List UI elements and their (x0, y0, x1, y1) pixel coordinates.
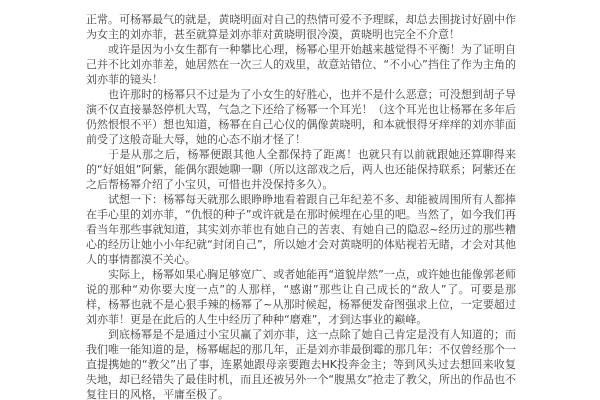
document-page: 正常。可杨幂最气的就是，黄晓明面对自己的热情可爱不予理睬，却总去围拢讨好剧中作为… (0, 0, 600, 400)
article-paragraph: 到底杨幂是不是通过小宝贝赢了刘亦菲，这一点除了她自己肯定是没有人知道的；而我们唯… (86, 327, 516, 400)
article-paragraph: 于是从那之后，杨幂便跟其他人全都保持了距离！也就只有以前就跟她还算聊得来的“好姐… (86, 147, 516, 192)
article-paragraph: 也许那时的杨幂只不过是为了小女生的好胜心，也并不是什么恶意；可没想到胡子导演不仅… (86, 87, 516, 147)
article-paragraph: 实际上，杨幂如果心胸足够宽广、或者她能再“道貌岸然”一点，或许她也能像郭老师说的… (86, 267, 516, 327)
article-paragraph: 或许是因为小女生都有一种攀比心理，杨幂心里开始越来越觉得不平衡！为了证明自己并不… (86, 42, 516, 87)
article-paragraph: 正常。可杨幂最气的就是，黄晓明面对自己的热情可爱不予理睬，却总去围拢讨好剧中作为… (86, 12, 516, 42)
article-body: 正常。可杨幂最气的就是，黄晓明面对自己的热情可爱不予理睬，却总去围拢讨好剧中作为… (86, 12, 516, 400)
article-paragraph: 试想一下：杨幂每天就那么眼睁睁地看着跟自己年纪差不多、却能被周围所有人都捧在手心… (86, 192, 516, 267)
